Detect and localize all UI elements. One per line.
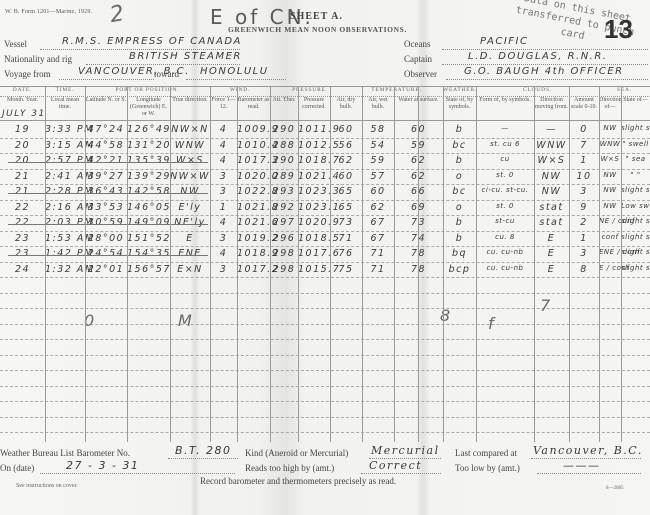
cell-dry: 71 (330, 233, 362, 244)
cell-lon: 149°09 (127, 217, 170, 228)
cell-cform: cu (476, 155, 534, 163)
column-divider (210, 86, 211, 442)
column-divider (270, 86, 271, 442)
sheet-number: 13 (604, 14, 633, 45)
cell-dry: 73 (330, 217, 362, 228)
cell-lon: 146°05 (127, 202, 170, 213)
cell-weather: b (443, 155, 476, 166)
column-divider (45, 86, 46, 442)
cell-time: 2:57 PM (45, 155, 85, 166)
column-divider (443, 86, 444, 442)
cell-camt: 1 (569, 233, 599, 244)
cell-baro: 1017.3 (237, 155, 270, 166)
voyage-to-value: HONOLULU (200, 66, 269, 77)
row-rule (0, 355, 650, 356)
month-year-value: JULY 31 (2, 109, 46, 119)
column-header-pressure-corr: Pressure corrected. (298, 97, 330, 111)
cell-baro: 1019.2 (237, 233, 270, 244)
column-header-sea-dir: Direction of— (599, 97, 621, 111)
group-wind: WIND. (210, 87, 270, 93)
cell-camt: 9 (569, 202, 599, 213)
too-low-field: Too low by (amt.) ——— (455, 463, 520, 473)
cell-time: 2:03 PM (45, 217, 85, 228)
cell-weather: o (443, 202, 476, 213)
cell-lat: 24°54 (85, 248, 127, 259)
strike-through-line (8, 224, 208, 225)
too-low-value: ——— (563, 459, 601, 472)
vessel-field: Vessel R.M.S. EMPRESS OF CANADA (4, 39, 27, 49)
cell-wet: 71 (362, 248, 394, 259)
last-compared-value: Vancouver, B.C. (533, 444, 643, 457)
vessel-value: R.M.S. EMPRESS OF CANADA (62, 36, 242, 47)
cell-att: 298 (270, 248, 298, 259)
row-rule (0, 215, 650, 216)
cell-sstate: slight sea / slight swell (621, 264, 650, 272)
instructions-note: See instructions on cover. (16, 483, 78, 489)
group-time: TIME. (45, 87, 85, 93)
cell-sstate: slight swell (621, 233, 650, 241)
cell-att: 293 (270, 186, 298, 197)
column-divider (534, 86, 535, 442)
barometer-no-field: Weather Bureau List Barometer No. B.T. 2… (0, 448, 130, 458)
column-header-month-year: Month. Year. (0, 97, 45, 104)
cell-sstate: Low swell (621, 202, 650, 210)
cell-baro: 1020.0 (237, 171, 270, 182)
cell-force: 3 (210, 171, 237, 182)
cell-weather: bc (443, 186, 476, 197)
cell-baro: 1018.9 (237, 248, 270, 259)
cell-att: 298 (270, 264, 298, 275)
column-header-longitude: Longitude (Greenwich) E. or W. (127, 97, 170, 118)
row-rule (0, 432, 650, 433)
cell-wind: W×S (170, 155, 210, 166)
too-low-label: Too low by (amt.) (455, 463, 520, 473)
column-divider (298, 86, 299, 442)
cell-dry: 62 (330, 155, 362, 166)
kind-field: Kind (Aneroid or Mercurial) Mercurial (245, 448, 348, 458)
cell-cdir: NW (534, 186, 569, 197)
cell-time: 3:15 AM (45, 140, 85, 151)
column-divider (418, 86, 419, 442)
cell-lat: 33°53 (85, 202, 127, 213)
cell-cdir: W×S (534, 155, 569, 166)
cell-weather: b (443, 217, 476, 228)
row-rule (0, 308, 650, 309)
cell-lon: 151°52 (127, 233, 170, 244)
cell-dry: 65 (330, 202, 362, 213)
kind-value: Mercurial (371, 444, 440, 457)
cell-weather: bq (443, 248, 476, 259)
column-divider (394, 86, 395, 442)
cell-baro: 1017.2 (237, 264, 270, 275)
oceans-label: Oceans (404, 39, 431, 49)
group-sea: SEA. (599, 87, 650, 93)
nationality-label: Nationality and rig (4, 54, 72, 64)
too-high-label: Reads too high by (amt.) (245, 463, 334, 473)
cell-camt: 0 (569, 124, 599, 135)
voyage-label: Voyage from (4, 69, 51, 79)
column-divider (127, 86, 128, 442)
pencil-mark: 8 (440, 306, 452, 325)
cell-date: 20 (0, 155, 45, 166)
cell-wind: NE'ly (170, 217, 210, 228)
column-divider (599, 86, 600, 442)
cell-time: 2:28 PM (45, 186, 85, 197)
cell-press: 1015.7 (298, 264, 330, 275)
cell-sdir: NW (599, 124, 621, 132)
cell-press: 1021.4 (298, 171, 330, 182)
row-rule (0, 386, 650, 387)
cell-lon: 154°35 (127, 248, 170, 259)
cell-press: 1023.1 (298, 202, 330, 213)
observer-field: Observer G.O. BAUGH 4th OFFICER (404, 69, 437, 79)
group-position: PORT OR POSITION. (85, 87, 210, 93)
cell-camt: 3 (569, 248, 599, 259)
cell-weather: b (443, 233, 476, 244)
cell-press: 1011.9 (298, 124, 330, 135)
column-header-cloud-form: Form of, by symbols. (476, 97, 534, 104)
cell-weather: b (443, 124, 476, 135)
cell-att: 296 (270, 233, 298, 244)
cell-cdir: stat (534, 217, 569, 228)
pencil-mark: 2 (108, 1, 128, 28)
cell-time: 1:32 AM (45, 264, 85, 275)
print-code: 8—2085 (606, 486, 624, 491)
captain-label: Captain (404, 54, 432, 64)
column-divider (330, 86, 331, 442)
cell-sdir: ENE / conf (599, 248, 621, 256)
cell-sdir: W×S (599, 155, 621, 163)
cell-baro: 1021.6 (237, 217, 270, 228)
row-rule (0, 324, 650, 325)
column-header-cloud-dir: Direction moving from. (534, 97, 569, 111)
cell-weather: o (443, 171, 476, 182)
cell-sstate: " sea (621, 155, 650, 163)
cell-date: 24 (0, 264, 45, 275)
strike-through-line (8, 193, 208, 194)
cell-cdir: E (534, 248, 569, 259)
cell-force: 3 (210, 264, 237, 275)
column-divider (170, 86, 171, 442)
observations-table: DATE. TIME. PORT OR POSITION. WIND. PRES… (0, 86, 650, 442)
cell-baro: 1021.8 (237, 202, 270, 213)
cell-wet: 60 (362, 186, 394, 197)
cell-wind: E (170, 233, 210, 244)
row-rule (0, 401, 650, 402)
row-rule (0, 262, 650, 263)
cell-wind: E'ly (170, 202, 210, 213)
strike-through-line (8, 255, 208, 256)
cell-cform: cu. 8 (476, 233, 534, 241)
column-divider (85, 86, 86, 442)
column-header-cloud-amt: Amount scale 0-10. (569, 97, 599, 111)
cell-sdir: NW (599, 202, 621, 210)
cell-camt: 8 (569, 264, 599, 275)
row-rule (0, 293, 650, 294)
cell-wet: 71 (362, 264, 394, 275)
cell-lat: 28°00 (85, 233, 127, 244)
cell-lat: 36°43 (85, 186, 127, 197)
cell-att: 297 (270, 217, 298, 228)
column-header-barometer: Barometer as read. (237, 97, 270, 111)
cell-wind: WNW (170, 140, 210, 151)
cell-lon: 135°39 (127, 155, 170, 166)
cell-wind: NW×W (170, 171, 210, 182)
sheet-subtitle: GREENWICH MEAN NOON OBSERVATIONS. (228, 25, 407, 34)
cell-time: 3:33 PM (45, 124, 85, 135)
cell-force: 4 (210, 155, 237, 166)
oceans-value: PACIFIC (480, 36, 529, 47)
cell-cform: st. cu 6 (476, 140, 534, 148)
barometer-no-value: B.T. 280 (175, 444, 231, 457)
group-temperature: TEMPERATURE. (350, 87, 443, 93)
cell-lon: 139°29 (127, 171, 170, 182)
cell-press: 1018.7 (298, 155, 330, 166)
cell-lat: 42°21 (85, 155, 127, 166)
voyage-field: Voyage from VANCOUVER, B.C. toward HONOL… (4, 69, 51, 79)
on-date-label: On (date) (0, 463, 34, 473)
column-header-wind-dir: True direction. (170, 97, 210, 104)
cell-cform: st-cu (476, 217, 534, 225)
cell-press: 1012.5 (298, 140, 330, 151)
cell-cdir: stat (534, 202, 569, 213)
cell-att: 290 (270, 124, 298, 135)
cell-dry: 60 (330, 171, 362, 182)
cell-lat: 47°24 (85, 124, 127, 135)
row-rule (0, 231, 650, 232)
too-high-value: Correct (369, 459, 422, 472)
column-divider (476, 86, 477, 442)
cell-lat: 44°58 (85, 140, 127, 151)
cell-press: 1018.5 (298, 233, 330, 244)
row-rule (0, 184, 650, 185)
cell-sdir: WNW (599, 140, 621, 148)
cell-wet: 58 (362, 124, 394, 135)
cell-baro: 1009.9 (237, 124, 270, 135)
cell-wet: 67 (362, 217, 394, 228)
cell-force: 3 (210, 233, 237, 244)
row-rule (0, 417, 650, 418)
cell-wind: ENE (170, 248, 210, 259)
cell-sstate: slight swell (621, 186, 650, 194)
cell-camt: 1 (569, 155, 599, 166)
cell-camt: 10 (569, 171, 599, 182)
group-clouds: CLOUDS. (476, 87, 599, 93)
column-header-air-dry: Air, dry bulb. (330, 97, 362, 111)
pencil-mark: f (488, 314, 495, 333)
cell-cform: ci-cu. st-cu. (476, 186, 534, 194)
cell-press: 1023.3 (298, 186, 330, 197)
last-compared-field: Last compared at Vancouver, B.C. (455, 448, 517, 458)
column-header-local-time: Local mean time. (45, 97, 85, 111)
cell-wet: 62 (362, 202, 394, 213)
cell-weather: bcp (443, 264, 476, 275)
cell-press: 1017.6 (298, 248, 330, 259)
cell-press: 1020.9 (298, 217, 330, 228)
cell-sstate: " swell (621, 140, 650, 148)
cell-att: 292 (270, 202, 298, 213)
cell-date: 20 (0, 140, 45, 151)
column-header-latitude: Latitude N. or S. (85, 97, 127, 104)
row-rule (0, 370, 650, 371)
cell-wind: NW×N (170, 124, 210, 135)
cell-date: 21 (0, 171, 45, 182)
cell-dry: 65 (330, 186, 362, 197)
row-rule (0, 153, 650, 154)
cell-wet: 54 (362, 140, 394, 151)
cell-cform: — (476, 124, 534, 132)
row-rule (0, 169, 650, 170)
cell-cdir: WNW (534, 140, 569, 151)
cell-dry: 56 (330, 140, 362, 151)
cell-wet: 59 (362, 155, 394, 166)
column-divider (362, 86, 363, 442)
cell-cform: cu. cu-nb (476, 248, 534, 256)
group-pressure: PRESSURE. (270, 87, 350, 93)
record-note: Record barometer and thermometers precis… (200, 476, 396, 486)
vessel-label: Vessel (4, 39, 27, 49)
column-header-weather-state: State of, by symbols. (443, 97, 476, 111)
cell-att: 289 (270, 171, 298, 182)
cell-att: 288 (270, 140, 298, 151)
group-weather: WEATHER. (443, 87, 476, 93)
cell-lat: 22°01 (85, 264, 127, 275)
cell-cform: st. 0 (476, 202, 534, 210)
cell-dry: 75 (330, 264, 362, 275)
row-rule (0, 246, 650, 247)
cell-wet: 67 (362, 233, 394, 244)
cell-lon: 126°49 (127, 124, 170, 135)
cell-dry: 60 (330, 124, 362, 135)
cell-sstate: " " (621, 171, 650, 179)
cell-force: 4 (210, 124, 237, 135)
cell-cform: st. 0 (476, 171, 534, 179)
row-rule (0, 277, 650, 278)
observer-value: G.O. BAUGH 4th OFFICER (464, 66, 624, 77)
cell-cform: cu. cu-nb (476, 264, 534, 272)
cell-baro: 1022.8 (237, 186, 270, 197)
cell-att: 290 (270, 155, 298, 166)
observer-label: Observer (404, 69, 437, 79)
cell-force: 4 (210, 140, 237, 151)
row-rule (0, 339, 650, 340)
cell-weather: bc (443, 140, 476, 151)
cell-dry: 76 (330, 248, 362, 259)
column-divider (237, 86, 238, 442)
group-date: DATE. (0, 87, 45, 93)
captain-field: Captain L.D. DOUGLAS, R.N.R. (404, 54, 432, 64)
on-date-value: 27 - 3 - 31 (66, 459, 139, 472)
cell-date: 23 (0, 233, 45, 244)
form-id: W. B. Form 1201—Marine, 1929. (5, 9, 92, 15)
cell-force: 1 (210, 202, 237, 213)
last-compared-label: Last compared at (455, 448, 517, 458)
column-divider (621, 86, 622, 442)
cell-camt: 7 (569, 140, 599, 151)
pencil-mark: M (178, 311, 193, 330)
on-date-field: On (date) 27 - 3 - 31 (0, 463, 34, 473)
cell-wet: 57 (362, 171, 394, 182)
column-header-att-ther: Att. Ther. (270, 97, 298, 104)
cell-sstate: slight sea (621, 124, 650, 132)
cell-time: 2:16 AM (45, 202, 85, 213)
cell-sdir: E / conf (599, 264, 621, 272)
cell-force: 4 (210, 217, 237, 228)
cell-date: 19 (0, 124, 45, 135)
cell-sstate: slight sea / mod. swell (621, 248, 650, 256)
barometer-no-label: Weather Bureau List Barometer No. (0, 448, 130, 458)
cell-force: 3 (210, 186, 237, 197)
cell-cdir: — (534, 124, 569, 135)
cell-date: 22 (0, 217, 45, 228)
cell-time: 1:53 AM (45, 233, 85, 244)
nationality-field: Nationality and rig BRITISH STEAMER (4, 54, 72, 64)
cell-lon: 156°57 (127, 264, 170, 275)
cell-lon: 142°58 (127, 186, 170, 197)
pencil-mark: 7 (540, 296, 552, 315)
sheet-title: SHEET A. (290, 11, 343, 22)
cell-sdir: NW (599, 186, 621, 194)
cell-sdir: conf (599, 233, 621, 241)
cell-time: 1:42 PM (45, 248, 85, 259)
row-rule (0, 200, 650, 201)
cell-wind: NW (170, 186, 210, 197)
too-high-field: Reads too high by (amt.) Correct (245, 463, 334, 473)
cell-date: 21 (0, 186, 45, 197)
column-header-force: Force 1—12. (210, 97, 237, 111)
cell-sdir: NW (599, 171, 621, 179)
cell-lon: 131°20 (127, 140, 170, 151)
log-sheet: W. B. Form 1201—Marine, 1929. 2 E of CN.… (0, 0, 650, 515)
cell-date: 23 (0, 248, 45, 259)
captain-value: L.D. DOUGLAS, R.N.R. (468, 51, 607, 62)
cell-camt: 2 (569, 217, 599, 228)
cell-camt: 3 (569, 186, 599, 197)
cell-date: 22 (0, 202, 45, 213)
strike-through-line (8, 162, 208, 163)
cell-sdir: NE / conf (599, 217, 621, 225)
cell-sstate: slight sea / slight swell (621, 217, 650, 225)
cell-cdir: E (534, 233, 569, 244)
cell-baro: 1010.4 (237, 140, 270, 151)
nationality-value: BRITISH STEAMER (129, 51, 242, 62)
cell-wind: E×N (170, 264, 210, 275)
cell-cdir: NW (534, 171, 569, 182)
cell-lat: 30°59 (85, 217, 127, 228)
row-rule (0, 138, 650, 139)
cell-force: 4 (210, 248, 237, 259)
toward-label: toward (154, 69, 179, 79)
oceans-field: Oceans PACIFIC (404, 39, 431, 49)
cell-cdir: E (534, 264, 569, 275)
kind-label: Kind (Aneroid or Mercurial) (245, 448, 348, 458)
cell-lat: 39°27 (85, 171, 127, 182)
column-divider (569, 86, 570, 442)
cell-time: 2:41 AM (45, 171, 85, 182)
column-header-sea-state: State of— (621, 97, 650, 104)
column-header-air-wet: Air, wet bulb. (362, 97, 394, 111)
